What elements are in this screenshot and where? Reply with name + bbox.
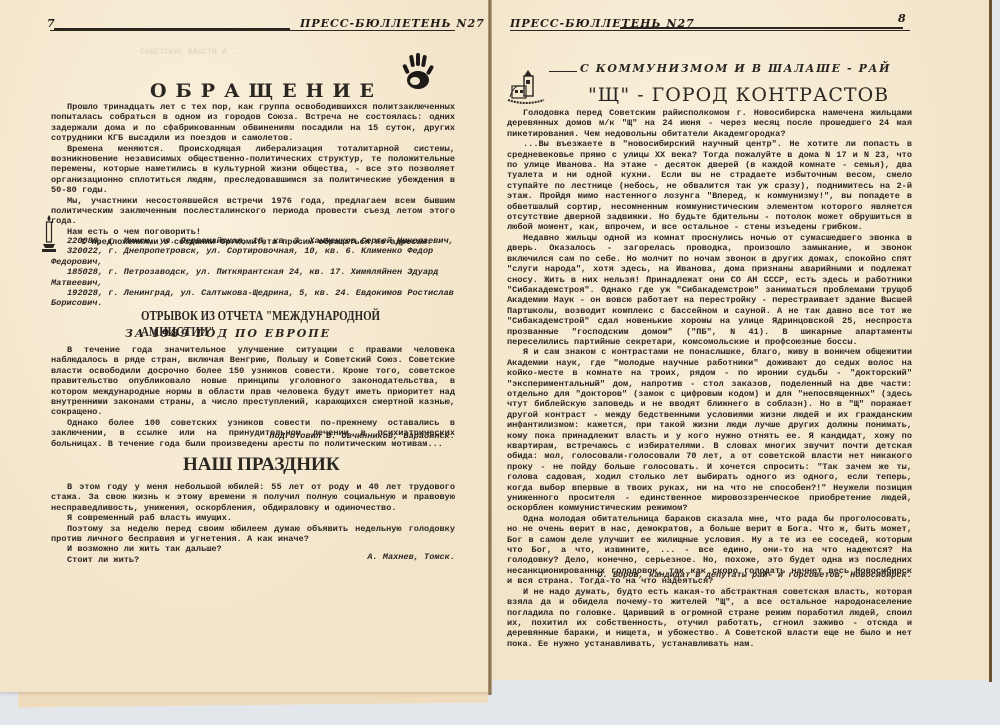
- appeal-title: ОБРАЩЕНИЕ: [150, 80, 383, 102]
- page-number: 8: [898, 12, 906, 25]
- paragraph: В течение года значительное улучшение си…: [51, 345, 455, 418]
- running-header: ПРЕСС-БЮЛЛЕТЕНЬ N27: [300, 17, 485, 30]
- article-title: "Щ" - ГОРОД КОНТРАСТОВ: [588, 84, 889, 106]
- right-page: ПРЕСС-БЮЛЛЕТЕНЬ N27 8 С КОММУНИЗМОМ И В …: [492, 0, 990, 680]
- address-item: 192028, г. Ленинград, ул. Салтыкова-Щедр…: [51, 288, 455, 309]
- paragraph: ...Вы въезжаете в "новосибирский научный…: [507, 139, 912, 233]
- page-edge: [989, 0, 992, 682]
- handprint-icon: [396, 50, 436, 92]
- address-item: 320022, г. Днепропетровск, ул. Сортирово…: [51, 246, 455, 267]
- paragraph: Я и сам знаком с контрастами не понаслыш…: [507, 347, 912, 514]
- appeal-body: Прошло тринадцать лет с тех пор, как гру…: [51, 102, 455, 248]
- paragraph: И не надо думать, будто есть какая-то аб…: [507, 587, 912, 649]
- amnesty-signature: Подготовил В. Овчинников, Барабинск.: [51, 431, 455, 441]
- header-underline: [50, 30, 455, 31]
- header-underline: [510, 30, 910, 31]
- header-rule: [620, 27, 903, 29]
- left-page: СОВЕТСКИЕ ВЛАСТИ И ... 7 ПРЕСС-БЮЛЛЕТЕНЬ…: [0, 0, 490, 692]
- paragraph: Мы, участники несостоявшейся встречи 197…: [51, 196, 455, 227]
- hut-icon: [506, 66, 548, 106]
- holiday-signature: А. Махнев, Томск.: [51, 552, 455, 562]
- paragraph: В этом году у меня небольшой юбилей: 55 …: [51, 482, 455, 513]
- rubric-rule: [549, 71, 577, 72]
- holiday-title: НАШ ПРАЗДНИК: [183, 454, 340, 476]
- article-body: Голодовка перед Советским райисполкомом …: [507, 108, 912, 649]
- address-item: 185028, г. Петрозаводск, ул. Питкярантск…: [51, 267, 455, 288]
- paragraph: Голодовка перед Советским райисполкомом …: [507, 108, 912, 139]
- paragraph: Поэтому за неделю перед своим юбилеем ду…: [51, 524, 455, 545]
- bleed-through-text: СОВЕТСКИЕ ВЛАСТИ И ...: [140, 48, 440, 58]
- paragraph: Прошло тринадцать лет с тех пор, как гру…: [51, 102, 455, 144]
- address-item: 220088, г. Минск, ул. Первомайская, 18, …: [51, 236, 455, 246]
- address-list: 220088, г. Минск, ул. Первомайская, 18, …: [51, 236, 455, 309]
- paragraph: Я современный раб власть имущих.: [51, 513, 455, 523]
- rubric: С КОММУНИЗМОМ И В ШАЛАШЕ - РАЙ: [580, 62, 891, 75]
- amnesty-subtitle: ЗА 1989 ГОД ПО ЕВРОПЕ: [125, 327, 331, 340]
- article-signature: О. Воров, кандидат в депутаты рай- и гор…: [507, 570, 912, 580]
- paragraph: Недавно жильцы одной из комнат проснулис…: [507, 233, 912, 347]
- paragraph: Времена меняются. Происходящая либерализ…: [51, 144, 455, 196]
